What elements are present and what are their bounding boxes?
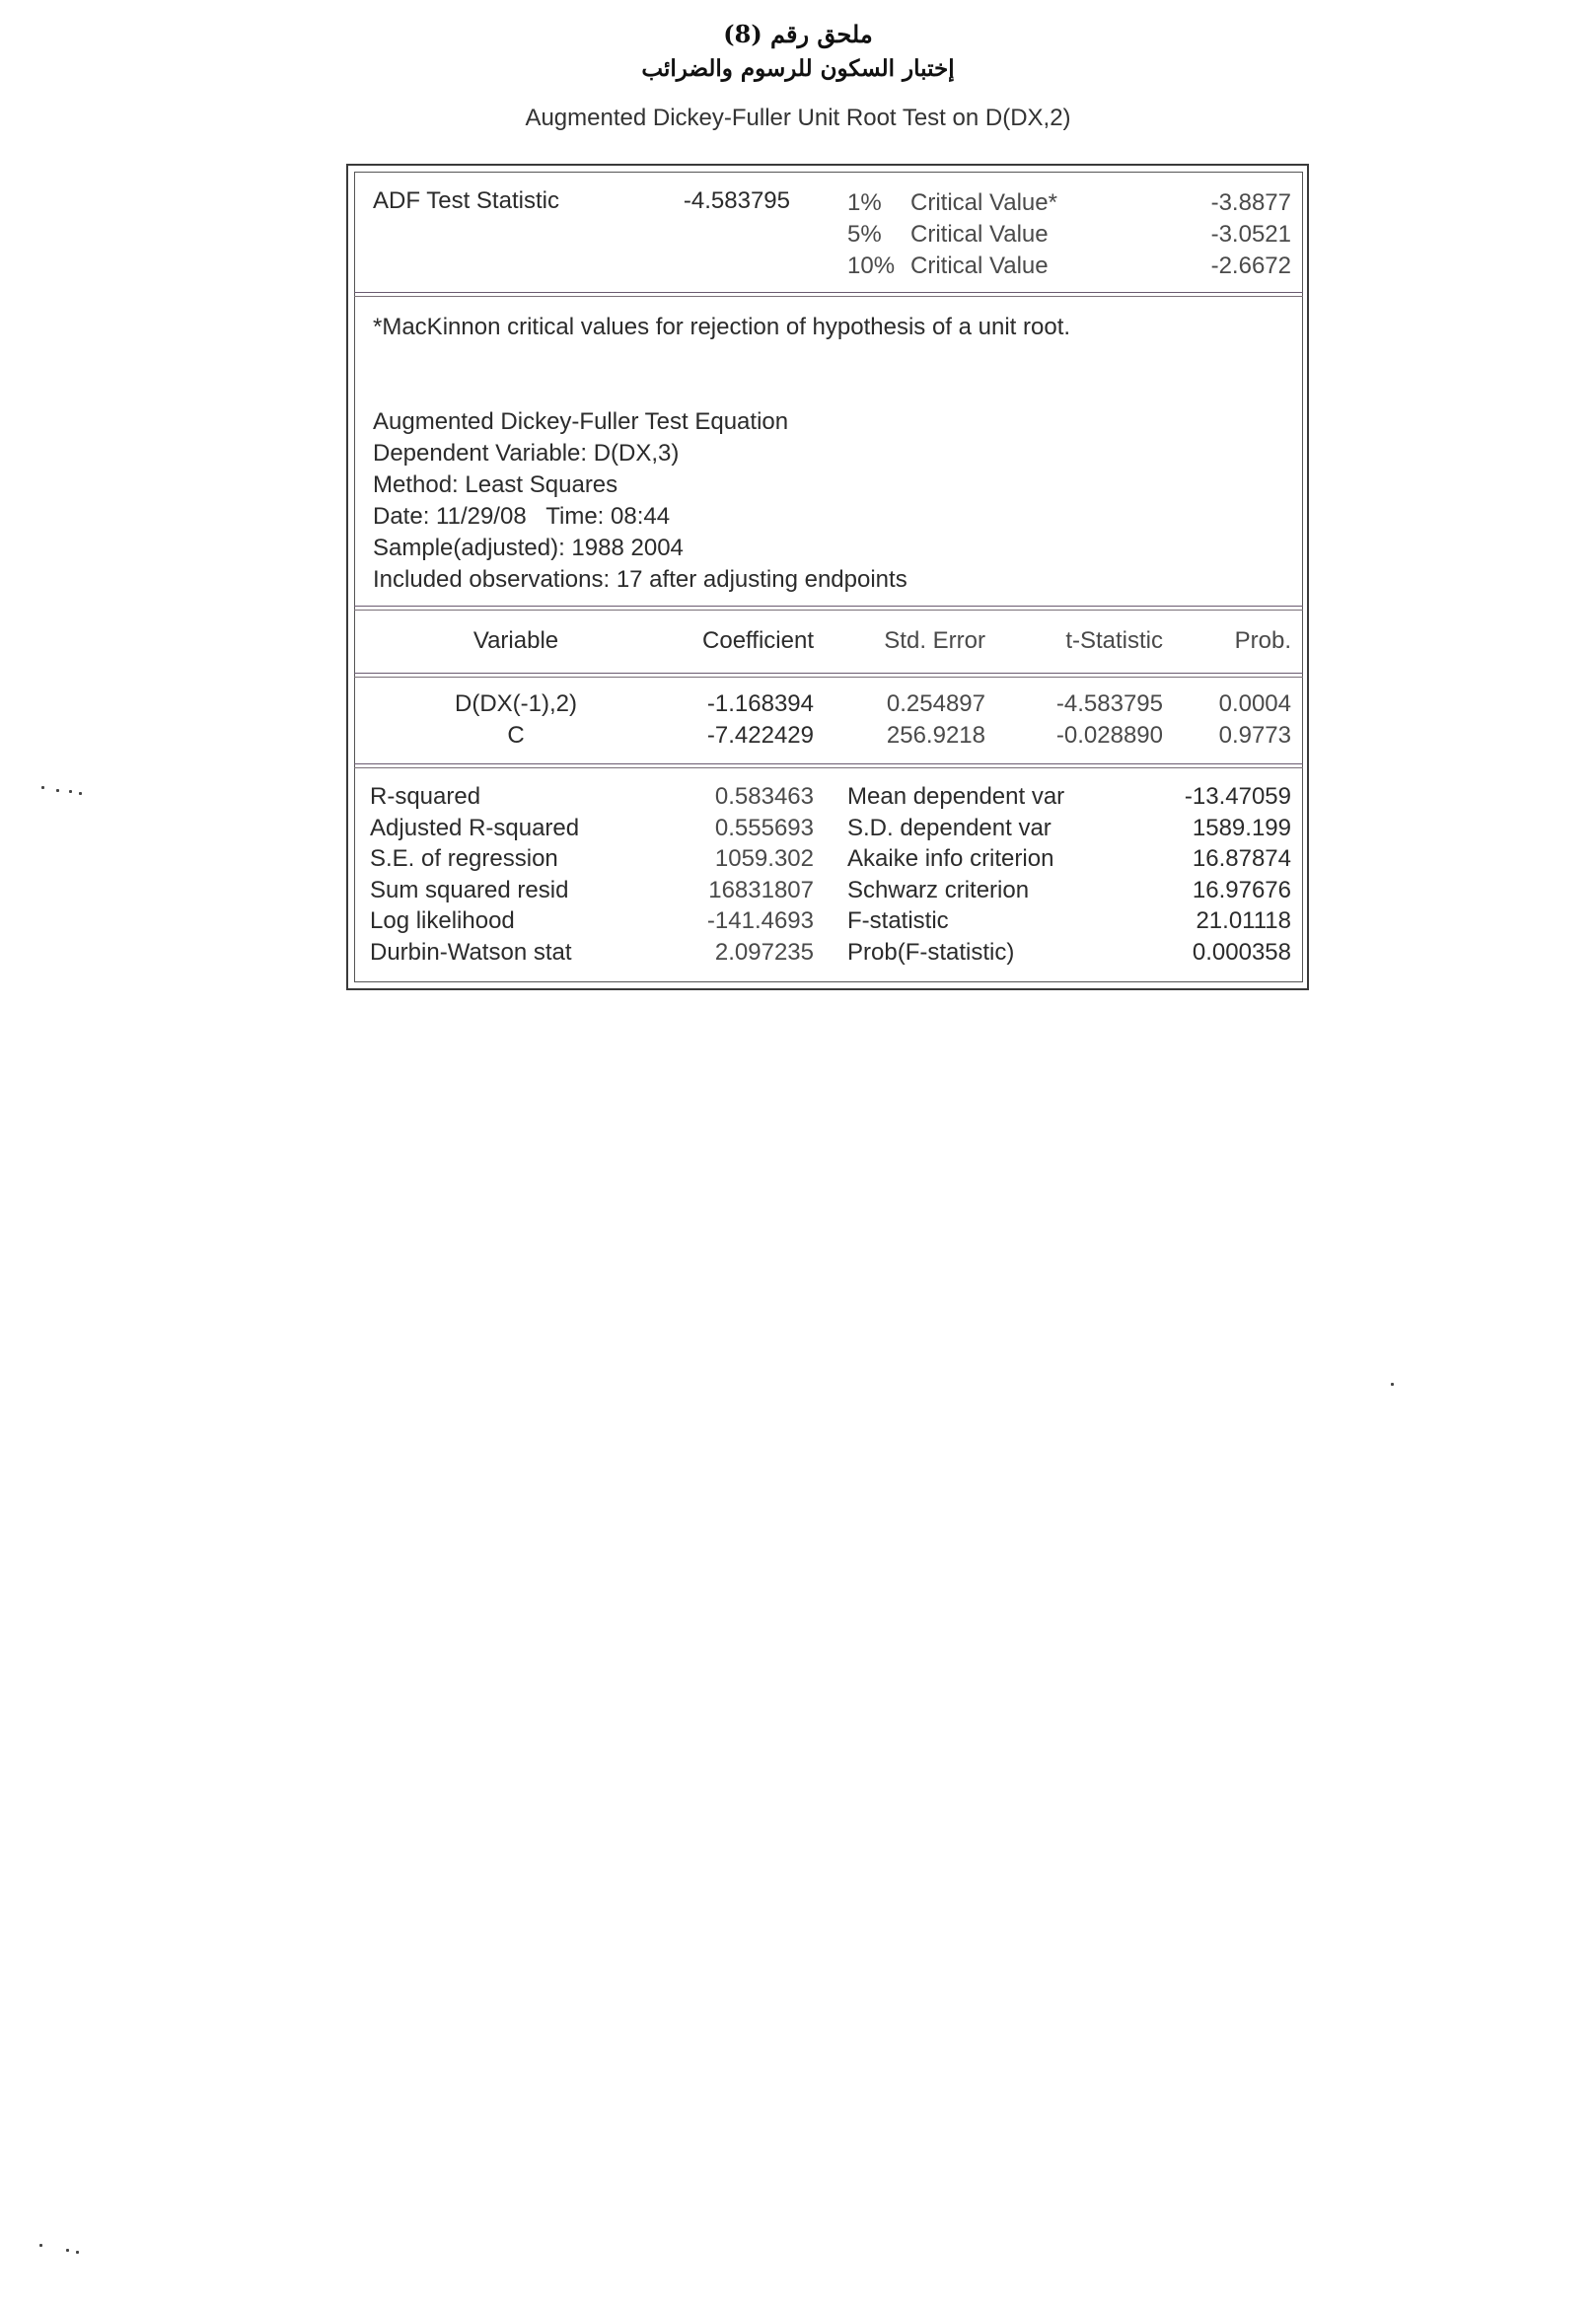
divider: [354, 292, 1303, 297]
stat-value: 21.01118: [1118, 907, 1291, 935]
stat-value: 16.87874: [1118, 845, 1291, 873]
row-variable: C: [407, 722, 624, 750]
stat-value: 1059.302: [644, 845, 814, 873]
stat-label: Prob(F-statistic): [847, 939, 1014, 967]
stat-value: 1589.199: [1118, 815, 1291, 842]
page-title: Augmented Dickey-Fuller Unit Root Test o…: [0, 105, 1596, 132]
stat-value: 16.97676: [1118, 877, 1291, 904]
row-t-statistic: -4.583795: [999, 690, 1163, 718]
row-coefficient: -1.168394: [644, 690, 814, 718]
scan-speck: [66, 2249, 69, 2252]
stat-value: -13.47059: [1118, 783, 1291, 811]
divider: [354, 763, 1303, 768]
mackinnon-note: *MacKinnon critical values for rejection…: [373, 314, 1070, 341]
col-header-prob: Prob.: [1177, 627, 1291, 655]
scan-speck: [76, 2251, 79, 2254]
stat-label: Mean dependent var: [847, 783, 1064, 811]
stat-label: S.E. of regression: [370, 845, 558, 873]
adf-value: -4.583795: [644, 187, 790, 215]
stat-value: 16831807: [644, 877, 814, 904]
stat-label: R-squared: [370, 783, 480, 811]
method: Method: Least Squares: [373, 471, 617, 499]
stat-label: S.D. dependent var: [847, 815, 1052, 842]
cv-label-1: Critical Value*: [910, 189, 1057, 217]
stat-value: 2.097235: [644, 939, 814, 967]
cv-level-3: 10%: [847, 252, 895, 280]
col-header-coefficient: Coefficient: [644, 627, 814, 655]
divider: [354, 673, 1303, 678]
cv-level-1: 1%: [847, 189, 882, 217]
row-prob: 0.0004: [1177, 690, 1291, 718]
row-std-error: 0.254897: [822, 690, 985, 718]
scan-speck: [56, 789, 59, 792]
stat-label: F-statistic: [847, 907, 949, 935]
stat-label: Durbin-Watson stat: [370, 939, 572, 967]
arabic-subtitle: إختبار السكون للرسوم والضرائب: [0, 55, 1596, 82]
scan-speck: [41, 786, 44, 789]
regression-output-table: ADF Test Statistic -4.583795 1% Critical…: [346, 164, 1309, 990]
scan-speck: [79, 792, 82, 795]
scan-speck: [1391, 1383, 1394, 1386]
scan-speck: [69, 790, 72, 793]
equation-title: Augmented Dickey-Fuller Test Equation: [373, 408, 788, 436]
divider: [354, 606, 1303, 611]
stat-value: -141.4693: [644, 907, 814, 935]
scan-speck: [39, 2244, 42, 2247]
row-std-error: 256.9218: [822, 722, 985, 750]
dependent-variable: Dependent Variable: D(DX,3): [373, 440, 679, 468]
row-coefficient: -7.422429: [644, 722, 814, 750]
row-prob: 0.9773: [1177, 722, 1291, 750]
included-observations: Included observations: 17 after adjustin…: [373, 566, 907, 594]
col-header-std-error: Std. Error: [822, 627, 985, 655]
stat-value: 0.555693: [644, 815, 814, 842]
stat-label: Schwarz criterion: [847, 877, 1029, 904]
adf-label: ADF Test Statistic: [373, 187, 559, 215]
stat-value: 0.583463: [644, 783, 814, 811]
col-header-variable: Variable: [407, 627, 624, 655]
stat-label: Sum squared resid: [370, 877, 568, 904]
stat-label: Log likelihood: [370, 907, 515, 935]
row-variable: D(DX(-1),2): [407, 690, 624, 718]
cv-value-1: -3.8877: [1137, 189, 1291, 217]
col-header-t-statistic: t-Statistic: [999, 627, 1163, 655]
stat-value: 0.000358: [1118, 939, 1291, 967]
date-time: Date: 11/29/08 Time: 08:44: [373, 503, 670, 531]
row-t-statistic: -0.028890: [999, 722, 1163, 750]
cv-level-2: 5%: [847, 221, 882, 249]
cv-label-3: Critical Value: [910, 252, 1049, 280]
cv-value-3: -2.6672: [1137, 252, 1291, 280]
stat-label: Adjusted R-squared: [370, 815, 579, 842]
stat-label: Akaike info criterion: [847, 845, 1053, 873]
cv-label-2: Critical Value: [910, 221, 1049, 249]
appendix-number: ملحق رقم (8): [0, 20, 1596, 48]
sample-range: Sample(adjusted): 1988 2004: [373, 535, 684, 562]
cv-value-2: -3.0521: [1137, 221, 1291, 249]
